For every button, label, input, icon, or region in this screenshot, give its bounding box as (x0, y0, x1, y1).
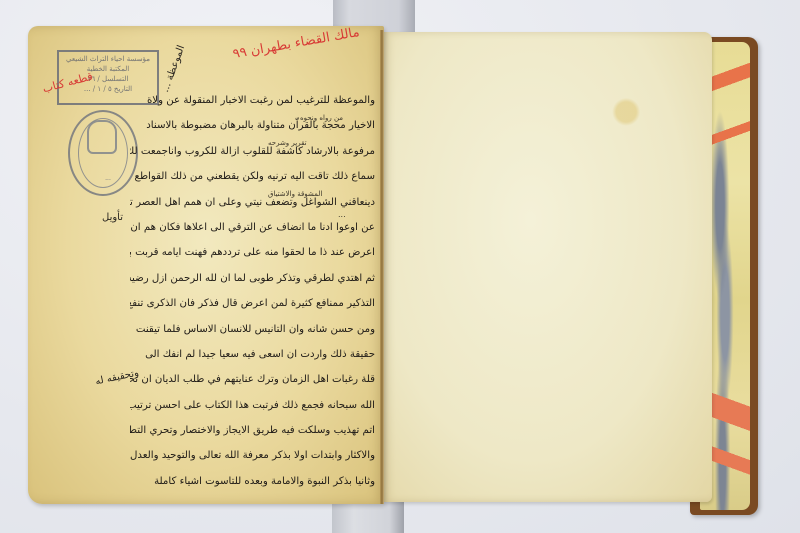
text-line: ثم اهتدي لطرقي وتذكر طوبى لما ان لله الر… (130, 266, 375, 291)
right-page-blank (382, 32, 712, 502)
text-line: وثانيا بذكر النبوة والامامة وبعده للتاسو… (130, 469, 375, 494)
text-line: دينعاقني الشواغل وتضعف نيتي وعلى ان همم … (130, 190, 375, 215)
text-line: ومن حسن شانه وان التانيس للانسان الاساس … (130, 317, 375, 342)
text-line: عن اوعوا ادنا ما انضاف عن الترقي الى اعل… (130, 215, 375, 240)
book-support-bottom (332, 502, 404, 533)
book-gutter (380, 30, 384, 504)
stamp-line-library: المكتبة الخطية (59, 64, 157, 74)
text-line: اتم تهذيب وسلكت فيه طريق الايجاز والاختص… (130, 418, 375, 443)
text-line: الاخيار محجة بالقراّن متناولة بالبرهان م… (130, 113, 375, 138)
text-line: حقيقة ذلك واردت ان اسعى فيه سعيا جيدا لم… (130, 342, 375, 367)
text-line: قلة رغبات اهل الزمان وترك عنايتهم في طلب… (130, 367, 375, 392)
oval-seal-text: ... (88, 175, 128, 182)
text-line: سماع ذلك تاقت اليه ترنيه ولكن يقطعني من … (130, 164, 375, 189)
text-line: والموعظة للترغيب لمن رغبت الاخبار المنقو… (130, 88, 375, 113)
text-line: والاكثار وابتدات اولا بذكر معرفة الله تع… (130, 443, 375, 468)
left-margin-note: تأويل (102, 212, 123, 223)
stamp-line-institution: مؤسسة احياء التراث الشيعي (59, 54, 157, 64)
text-line: التذكير ممنافع كثيرة لمن اعرض قال فذكر ف… (130, 291, 375, 316)
text-line: الله سبحانه فجمع ذلك فرتبت هذا الكتاب عل… (130, 393, 375, 418)
text-line: مرفوعة بالارشاد كاشفة للقلوب ازالة للكرو… (130, 139, 375, 164)
hand-emblem-icon (87, 120, 117, 154)
text-line: اعرض عند ذا ما لحقوا منه على ترددهم فهنت… (130, 240, 375, 265)
manuscript-text: والموعظة للترغيب لمن رغبت الاخبار المنقو… (130, 88, 375, 494)
